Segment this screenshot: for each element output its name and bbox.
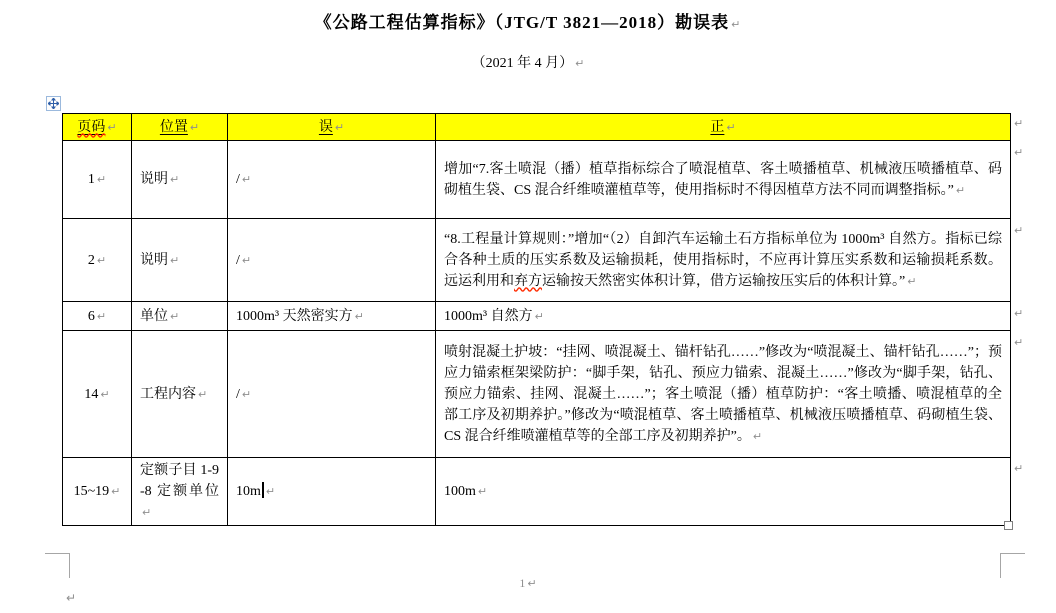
- cell-correct[interactable]: 喷射混凝土护坡：“挂网、喷混凝土、锚杆钻孔……”修改为“喷混凝土、锚杆钻孔……”…: [436, 331, 1011, 458]
- paragraph-mark: ↵: [753, 426, 762, 447]
- header-location[interactable]: 位置↵: [132, 114, 228, 141]
- header-correct[interactable]: 正↵: [436, 114, 1011, 141]
- paragraph-mark: ↵: [111, 481, 120, 502]
- document-title-text: 《公路工程估算指标》（JTG/T 3821—2018）勘误表: [315, 13, 730, 32]
- paragraph-mark: ↵: [355, 306, 364, 327]
- end-of-row-mark: ↵: [1014, 336, 1023, 349]
- paragraph-mark: ↵: [170, 169, 179, 190]
- paragraph-mark: ↵: [575, 57, 584, 70]
- cell-location[interactable]: 定额子目 1-9-8 定额单位↵: [132, 458, 228, 526]
- paragraph-mark: ↵: [242, 250, 251, 271]
- cell-location[interactable]: 单位↵: [132, 302, 228, 331]
- document-title[interactable]: 《公路工程估算指标》（JTG/T 3821—2018）勘误表↵: [0, 8, 1056, 33]
- document-subtitle[interactable]: （2021 年 4 月）↵: [0, 52, 1056, 72]
- paragraph-mark: ↵: [907, 271, 916, 292]
- paragraph-mark: ↵: [97, 169, 106, 190]
- cell-correct[interactable]: “8.工程量计算规则：”增加“（2）自卸汽车运输土石方指标单位为 1000m³ …: [436, 219, 1011, 302]
- cell-page[interactable]: 2↵: [63, 219, 132, 302]
- paragraph-mark: ↵: [142, 502, 151, 523]
- table-row: 14↵ 工程内容↵ /↵ 喷射混凝土护坡：“挂网、喷混凝土、锚杆钻孔……”修改为…: [63, 331, 1011, 458]
- table-row: 6↵ 单位↵ 1000m³ 天然密实方↵ 1000m³ 自然方↵: [63, 302, 1011, 331]
- table-row: 1↵ 说明↵ /↵ 增加“7.客土喷混（播）植草指标综合了喷混植草、客土喷播植草…: [63, 141, 1011, 219]
- paragraph-mark: ↵: [66, 591, 76, 605]
- margin-corner-mark-left: [45, 553, 70, 578]
- end-of-row-mark: ↵: [1014, 146, 1023, 159]
- cell-error[interactable]: /↵: [228, 331, 436, 458]
- header-page-label: 页码: [77, 120, 105, 135]
- paragraph-mark: ↵: [190, 117, 199, 138]
- paragraph-mark: ↵: [335, 117, 344, 138]
- header-row: 页码↵ 位置↵ 误↵ 正↵: [63, 114, 1011, 141]
- end-of-row-mark: ↵: [1014, 117, 1023, 130]
- header-location-label: 位置: [160, 120, 188, 135]
- cell-page[interactable]: 6↵: [63, 302, 132, 331]
- table-move-handle[interactable]: [46, 96, 61, 111]
- paragraph-mark: ↵: [731, 18, 741, 31]
- table-resize-handle[interactable]: [1004, 521, 1013, 530]
- end-of-row-mark: ↵: [1014, 462, 1023, 475]
- paragraph-mark: ↵: [198, 384, 207, 405]
- paragraph-mark: ↵: [527, 577, 536, 590]
- paragraph-mark: ↵: [97, 306, 106, 327]
- paragraph-mark: ↵: [170, 306, 179, 327]
- errata-table: 页码↵ 位置↵ 误↵ 正↵ 1↵ 说明↵ /↵ 增加“7.客土喷混（播）植草指标…: [62, 113, 1011, 526]
- paragraph-mark: ↵: [107, 117, 116, 138]
- paragraph-mark: ↵: [242, 384, 251, 405]
- spellcheck-flagged-word: 弃方: [514, 274, 542, 289]
- cell-location[interactable]: 工程内容↵: [132, 331, 228, 458]
- cell-location[interactable]: 说明↵: [132, 141, 228, 219]
- cell-correct[interactable]: 增加“7.客土喷混（播）植草指标综合了喷混植草、客土喷播植草、机械液压喷播植草、…: [436, 141, 1011, 219]
- header-error-label: 误: [319, 120, 333, 135]
- text-cursor: [262, 482, 264, 498]
- paragraph-mark: ↵: [726, 117, 735, 138]
- document-page: 《公路工程估算指标》（JTG/T 3821—2018）勘误表↵ （2021 年 …: [0, 0, 1056, 613]
- header-error[interactable]: 误↵: [228, 114, 436, 141]
- paragraph-mark: ↵: [100, 384, 109, 405]
- cell-error[interactable]: /↵: [228, 141, 436, 219]
- cell-correct[interactable]: 1000m³ 自然方↵: [436, 302, 1011, 331]
- table-row: 15~19↵ 定额子目 1-9-8 定额单位↵ 10m↵ 100m↵: [63, 458, 1011, 526]
- document-subtitle-text: （2021 年 4 月）: [472, 56, 574, 71]
- header-correct-label: 正: [710, 120, 724, 135]
- cell-error[interactable]: 1000m³ 天然密实方↵: [228, 302, 436, 331]
- paragraph-mark: ↵: [956, 180, 965, 201]
- end-of-row-mark: ↵: [1014, 224, 1023, 237]
- cell-error[interactable]: 10m↵: [228, 458, 436, 526]
- table-row: 2↵ 说明↵ /↵ “8.工程量计算规则：”增加“（2）自卸汽车运输土石方指标单…: [63, 219, 1011, 302]
- cell-page[interactable]: 14↵: [63, 331, 132, 458]
- cell-correct[interactable]: 100m↵: [436, 458, 1011, 526]
- paragraph-mark: ↵: [535, 306, 544, 327]
- paragraph-mark: ↵: [478, 481, 487, 502]
- paragraph-mark: ↵: [97, 250, 106, 271]
- paragraph-mark: ↵: [266, 481, 275, 502]
- cell-error[interactable]: /↵: [228, 219, 436, 302]
- paragraph-mark: ↵: [242, 169, 251, 190]
- header-page[interactable]: 页码↵: [63, 114, 132, 141]
- cell-page[interactable]: 1↵: [63, 141, 132, 219]
- paragraph-mark: ↵: [170, 250, 179, 271]
- end-of-row-mark: ↵: [1014, 307, 1023, 320]
- cell-page[interactable]: 15~19↵: [63, 458, 132, 526]
- footer-page-number: 1↵: [0, 576, 1056, 591]
- move-icon: [48, 98, 59, 109]
- margin-corner-mark-right: [1000, 553, 1025, 578]
- cell-location[interactable]: 说明↵: [132, 219, 228, 302]
